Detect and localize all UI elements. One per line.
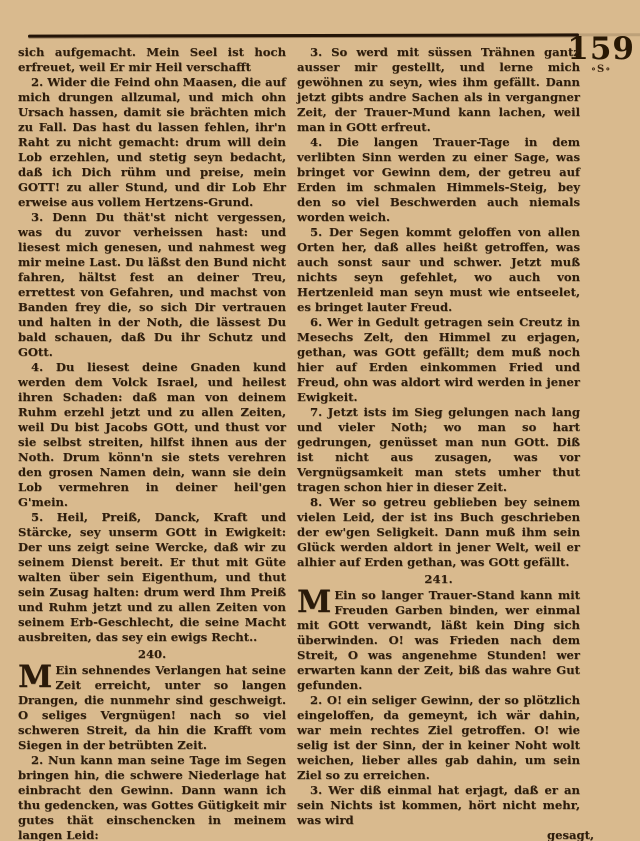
stanza-5: 5. Heil, Preiß, Danck, Kraft und Stärcke… (18, 510, 286, 645)
header-rule (28, 33, 579, 37)
hymn-241-verse-2: 2. O! ein seliger Gewinn, der so plötzli… (297, 693, 580, 783)
stanza-5-right: 5. Der Segen kommt geloffen von allen Or… (297, 225, 580, 315)
stanza-3: 3. Denn Du thät'st nicht vergessen, was … (18, 210, 286, 360)
stanza-4: 4. Du liesest deine Gnaden kund werden d… (18, 360, 286, 510)
stanza-continuation: sich aufgemacht. Mein Seel ist hoch erfr… (18, 45, 286, 75)
drop-cap-initial: M (297, 588, 334, 615)
stanza-3-right: 3. So werd mit süssen Trähnen gantz auss… (297, 45, 580, 135)
drop-cap-initial: M (18, 663, 55, 690)
hymn-240-verse-2: 2. Nun kann man seine Tage im Segen brin… (18, 753, 286, 841)
book-page: 159 ∘S∘ sich aufgemacht. Mein Seel ist h… (0, 0, 640, 841)
hymn-verse-text: Ein sehnendes Verlangen hat seine Zeit e… (18, 663, 286, 752)
hymn-241-verse-1: MEin so langer Trauer-Stand kann mit Fre… (297, 588, 580, 693)
hymn-verse-text: Ein so langer Trauer-Stand kann mit Freu… (297, 588, 580, 692)
left-column: sich aufgemacht. Mein Seel ist hoch erfr… (18, 45, 286, 841)
stanza-4-right: 4. Die langen Trauer-Tage in dem verlibt… (297, 135, 580, 225)
hymn-number-241: 241. (297, 572, 580, 587)
hymn-240-verse-1: MEin sehnendes Verlangen hat seine Zeit … (18, 663, 286, 753)
hymn-number-240: 240. (18, 647, 286, 662)
stanza-2: 2. Wider die Feind ohn Maasen, die auf m… (18, 75, 286, 210)
stanza-6-right: 6. Wer in Gedult getragen sein Creutz in… (297, 315, 580, 405)
stanza-7-right: 7. Jetzt ists im Sieg gelungen nach lang… (297, 405, 580, 495)
hymn-241-verse-3: 3. Wer diß einmal hat erjagt, daß er an … (297, 783, 580, 828)
text-columns: sich aufgemacht. Mein Seel ist hoch erfr… (18, 45, 580, 841)
catchword: gesagt, (297, 828, 594, 841)
right-column: 3. So werd mit süssen Trähnen gantz auss… (297, 45, 580, 841)
stanza-8-right: 8. Wer so getreu geblieben bey seinem vi… (297, 495, 580, 570)
